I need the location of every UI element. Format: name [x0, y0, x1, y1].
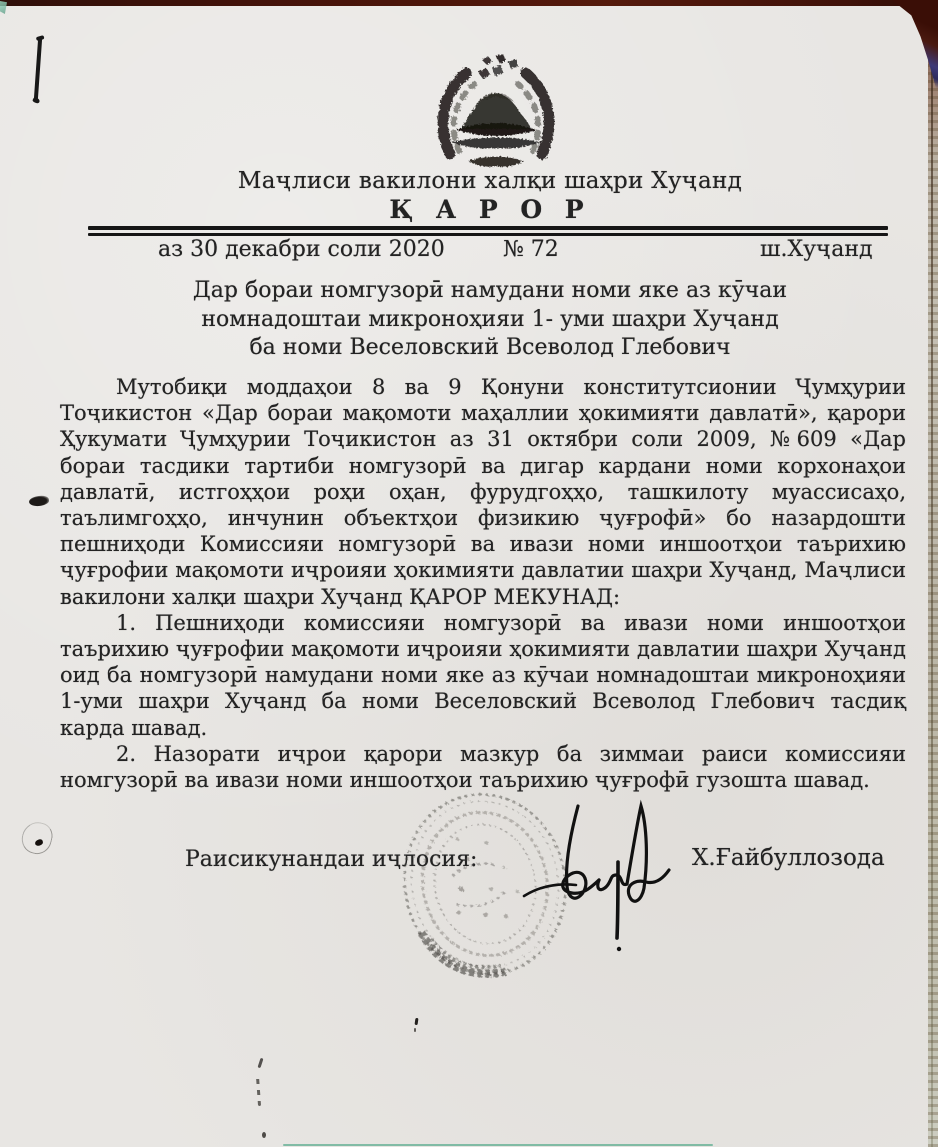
vertical-pen-stroke-mark [34, 38, 42, 100]
title-line-3: ба номи Веселовский Всеволод Глебович [70, 334, 910, 363]
scan-edge-top-bar [0, 0, 938, 6]
handwritten-signature [522, 796, 672, 961]
organization-name: Маҷлиси вакилони халқи шаҳри Хуҷанд [70, 168, 910, 194]
title-line-2: номнадоштаи микроноҳияи 1- уми шаҳри Хуҷ… [70, 306, 910, 335]
scan-bottom-line [283, 1144, 713, 1146]
double-rule [88, 226, 888, 236]
decree-heading: Қ А Р О Р [70, 195, 910, 224]
ink-speck [414, 1018, 419, 1033]
decree-date: аз 30 декабри соли 2020 [158, 237, 445, 262]
scan-corner-speck [0, 1, 7, 14]
item-1-paragraph: 1. Пешниҳоди комиссияи номгузорӣ ва иваз… [60, 610, 906, 741]
decree-city: ш.Хуҷанд [760, 237, 873, 262]
scanned-decree-document: Маҷлиси вакилони халқи шаҳри Хуҷанд Қ А … [0, 0, 938, 1147]
signature-name: Х.Ғайбуллозода [692, 845, 885, 871]
rule-line-bottom [88, 233, 888, 236]
document-body: Мутобиқи моддаҳои 8 ва 9 Қонуни конститу… [60, 374, 906, 793]
ink-speck [255, 1058, 267, 1116]
margin-ink-blob [28, 495, 49, 508]
scan-edge-right-line [931, 60, 933, 1147]
scan-edge-right-strip [928, 0, 938, 1147]
rule-line-top [88, 226, 888, 230]
title-line-1: Дар бораи номгузорӣ намудани номи яке аз… [70, 277, 910, 306]
decree-meta-row: аз 30 декабри соли 2020 № 72 ш.Хуҷанд [0, 237, 938, 265]
decree-number: № 72 [503, 237, 559, 262]
coat-of-arms-stamp-icon [420, 54, 572, 172]
margin-pencil-circle [19, 819, 56, 857]
ink-speck [262, 1132, 266, 1138]
document-title: Дар бораи номгузорӣ намудани номи яке аз… [70, 277, 910, 363]
intro-paragraph: Мутобиқи моддаҳои 8 ва 9 Қонуни конститу… [60, 374, 906, 610]
